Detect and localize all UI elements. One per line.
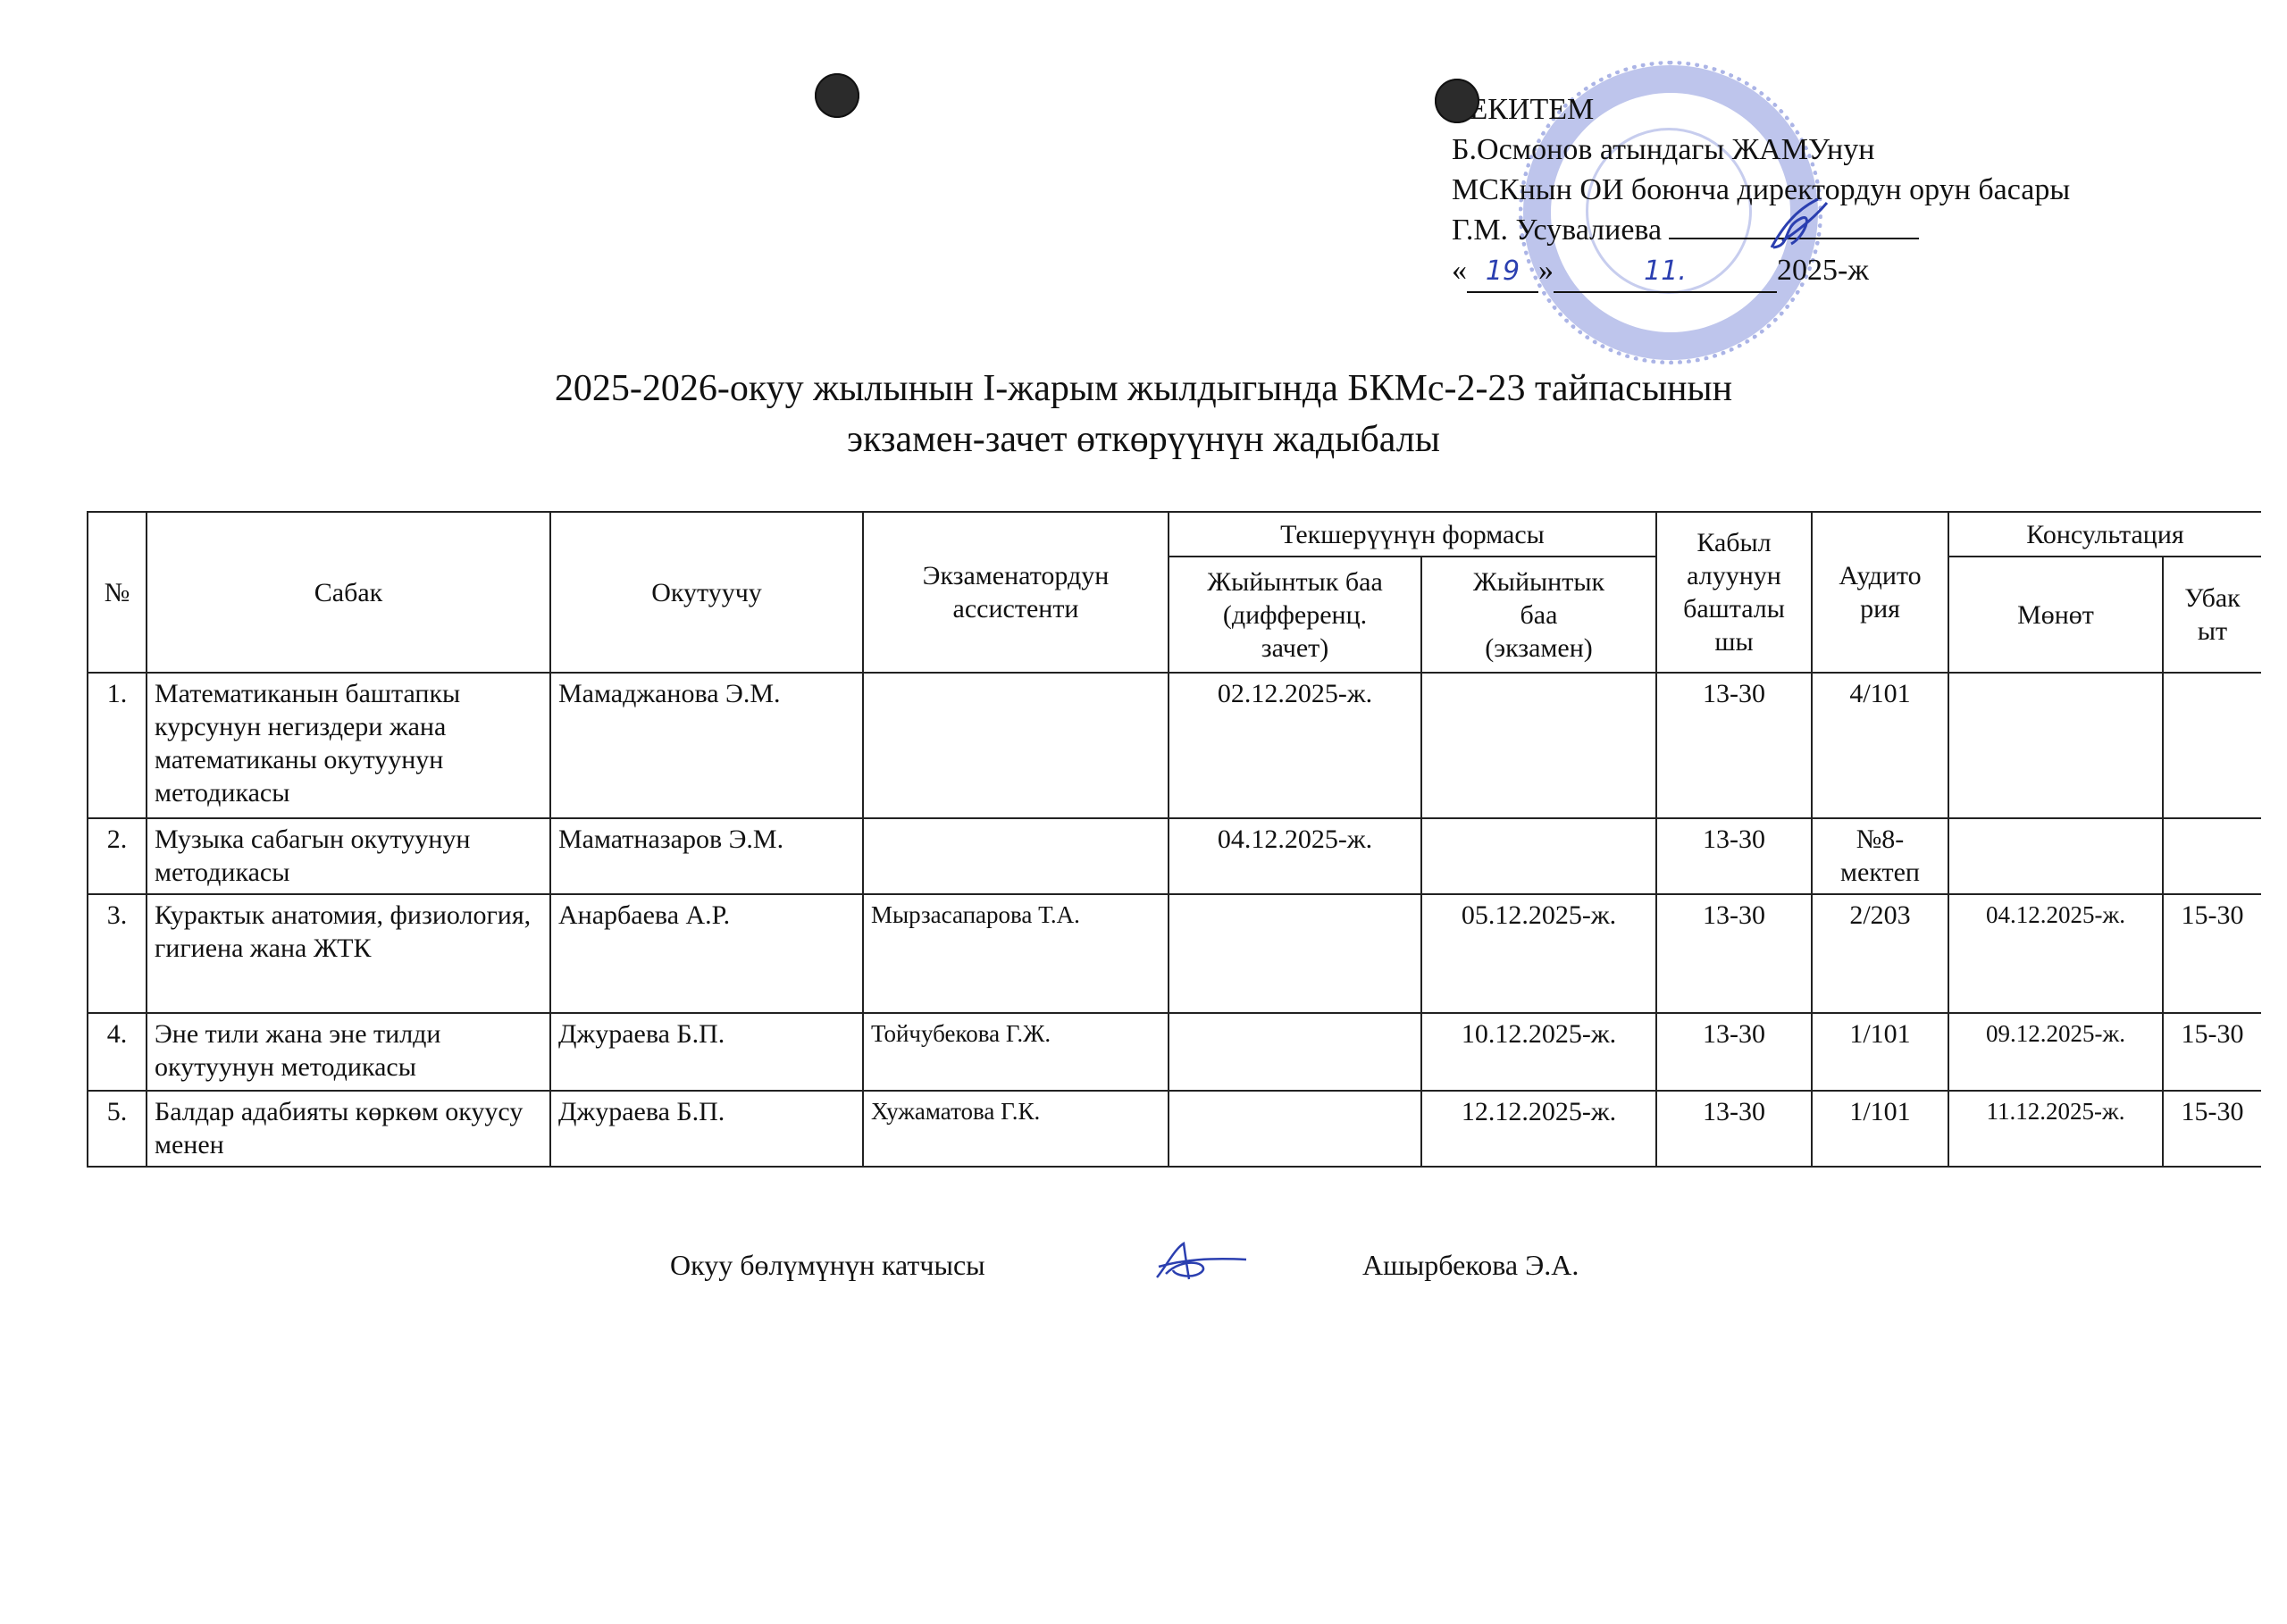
date-day: 19 — [1467, 251, 1538, 293]
hole-punch-mark — [815, 73, 859, 118]
exam-cell: 05.12.2025-ж. — [1421, 894, 1656, 1013]
table-row: 1.Математиканын баштапкы курсунун негизд… — [88, 673, 2261, 818]
row-num: 4. — [88, 1013, 147, 1091]
room-cell: №8-мектеп — [1812, 818, 1948, 894]
approver-name: Г.М. Усувалиева — [1452, 213, 1662, 247]
subject-cell: Эне тили жана эне тилди окутуунун методи… — [147, 1013, 550, 1091]
table-row: 2.Музыка сабагын окутуунун методикасыМам… — [88, 818, 2261, 894]
header-control-form: Текшерүүнүн формасы — [1169, 512, 1656, 557]
diff-credit-cell: 04.12.2025-ж. — [1169, 818, 1421, 894]
teacher-cell: Джураева Б.П. — [550, 1013, 863, 1091]
subject-cell: Балдар адабияты көркөм окуусу менен — [147, 1091, 550, 1167]
subject-cell: Курактык анатомия, физиология, гигиена ж… — [147, 894, 550, 1013]
footer-name: Ашырбекова Э.А. — [1362, 1249, 1579, 1282]
consultation-date-cell: 09.12.2025-ж. — [1948, 1013, 2163, 1091]
table-row: 3.Курактык анатомия, физиология, гигиена… — [88, 894, 2261, 1013]
header-num: № — [88, 512, 147, 673]
consultation-date-cell — [1948, 818, 2163, 894]
room-cell: 2/203 — [1812, 894, 1948, 1013]
header-diff-credit: Жыйынтык баа(дифференц.зачет) — [1169, 557, 1421, 673]
assistant-cell: Хужаматова Г.К. — [863, 1091, 1169, 1167]
header-consultation: Консультация — [1948, 512, 2261, 557]
start-time-cell: 13-30 — [1656, 818, 1812, 894]
header-assistant: Экзаменатордунассистенти — [863, 512, 1169, 673]
header-cons-date: Мөнөт — [1948, 557, 2163, 673]
row-num: 1. — [88, 673, 147, 818]
header-exam: Жыйынтыкбаа(экзамен) — [1421, 557, 1656, 673]
row-num: 2. — [88, 818, 147, 894]
date-quote-open: « — [1452, 254, 1467, 287]
consultation-time-cell: 15-30 — [2163, 1091, 2261, 1167]
consultation-time-cell: 15-30 — [2163, 1013, 2261, 1091]
exam-cell: 10.12.2025-ж. — [1421, 1013, 1656, 1091]
subject-cell: Музыка сабагын окутуунун методикасы — [147, 818, 550, 894]
teacher-cell: Мамаджанова Э.М. — [550, 673, 863, 818]
header-room: Аудитория — [1812, 512, 1948, 673]
date-quote-close: » — [1538, 254, 1554, 287]
room-cell: 1/101 — [1812, 1091, 1948, 1167]
document-title-line2: экзамен-зачет өткөрүүнүн жадыбалы — [0, 415, 2287, 464]
teacher-cell: Анарбаева А.Р. — [550, 894, 863, 1013]
date-year: 2025-ж — [1777, 254, 1869, 287]
start-time-cell: 13-30 — [1656, 1091, 1812, 1167]
consultation-time-cell: 15-30 — [2163, 894, 2261, 1013]
row-num: 3. — [88, 894, 147, 1013]
assistant-cell — [863, 673, 1169, 818]
assistant-cell: Мырзасапарова Т.А. — [863, 894, 1169, 1013]
teacher-cell: Маматназаров Э.М. — [550, 818, 863, 894]
teacher-cell: Джураева Б.П. — [550, 1091, 863, 1167]
start-time-cell: 13-30 — [1656, 894, 1812, 1013]
consultation-date-cell: 04.12.2025-ж. — [1948, 894, 2163, 1013]
subject-cell: Математиканын баштапкы курсунун негиздер… — [147, 673, 550, 818]
diff-credit-cell — [1169, 1091, 1421, 1167]
row-num: 5. — [88, 1091, 147, 1167]
room-cell: 4/101 — [1812, 673, 1948, 818]
document-title-line1: 2025-2026-окуу жылынын I-жарым жылдыгынд… — [0, 364, 2287, 413]
header-teacher: Окутуучу — [550, 512, 863, 673]
consultation-time-cell — [2163, 818, 2261, 894]
header-start: Кабылалуунунбашталышы — [1656, 512, 1812, 673]
consultation-time-cell — [2163, 673, 2261, 818]
exam-schedule-table: № Сабак Окутуучу Экзаменатордунассистент… — [87, 511, 2261, 1168]
approval-institution: Б.Осмонов атындагы ЖАМУнун — [1452, 130, 2070, 170]
consultation-date-cell: 11.12.2025-ж. — [1948, 1091, 2163, 1167]
approval-position: МСКнын ОИ боюнча директордун орун басары — [1452, 170, 2070, 210]
approval-block: БЕКИТЕМ Б.Осмонов атындагы ЖАМУнун МСКны… — [1452, 89, 2070, 293]
approval-heading: БЕКИТЕМ — [1452, 89, 2070, 130]
approval-date: «19»11.2025-ж — [1452, 250, 2070, 293]
approval-signature-line: Г.М. Усувалиева — [1452, 210, 2070, 250]
diff-credit-cell — [1169, 1013, 1421, 1091]
footer-role: Окуу бөлүмүнүн катчысы — [670, 1249, 985, 1282]
header-cons-time: Убакыт — [2163, 557, 2261, 673]
consultation-date-cell — [1948, 673, 2163, 818]
table-row: 4.Эне тили жана эне тилди окутуунун мето… — [88, 1013, 2261, 1091]
diff-credit-cell — [1169, 894, 1421, 1013]
header-subject: Сабак — [147, 512, 550, 673]
room-cell: 1/101 — [1812, 1013, 1948, 1091]
exam-cell — [1421, 818, 1656, 894]
diff-credit-cell: 02.12.2025-ж. — [1169, 673, 1421, 818]
start-time-cell: 13-30 — [1656, 1013, 1812, 1091]
assistant-cell — [863, 818, 1169, 894]
assistant-cell: Тойчубекова Г.Ж. — [863, 1013, 1169, 1091]
exam-cell — [1421, 673, 1656, 818]
start-time-cell: 13-30 — [1656, 673, 1812, 818]
hole-punch-mark — [1435, 79, 1479, 123]
date-month: 11. — [1554, 251, 1777, 293]
table-row: 5.Балдар адабияты көркөм окуусу мененДжу… — [88, 1091, 2261, 1167]
signature-blank — [1669, 213, 1919, 239]
secretary-signature-icon — [1148, 1240, 1255, 1285]
exam-cell: 12.12.2025-ж. — [1421, 1091, 1656, 1167]
